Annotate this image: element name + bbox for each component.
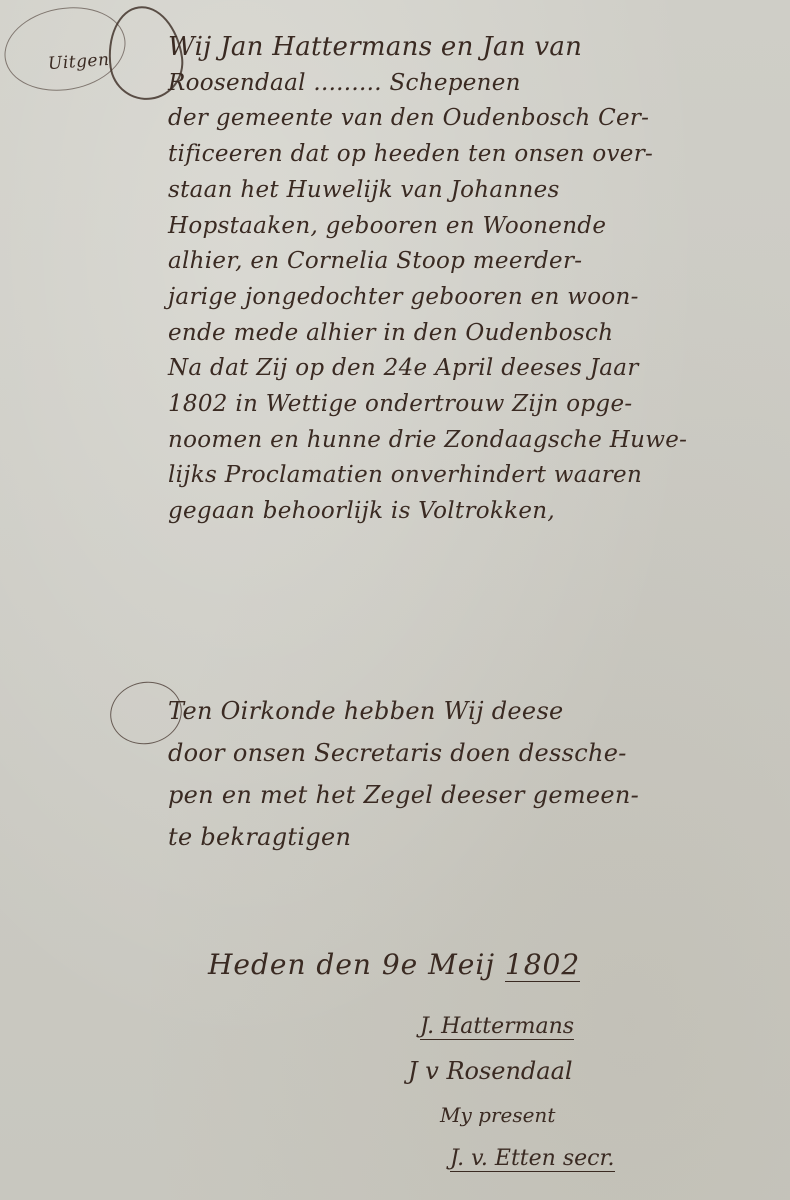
closing-clause: Ten Oirkonde hebben Wij deese door onsen… bbox=[168, 690, 768, 858]
date-line: Heden den 9e Meij 1802 bbox=[208, 948, 580, 981]
body-line: der gemeente van den Oudenbosch Cer- bbox=[168, 101, 768, 137]
date-year: 1802 bbox=[505, 948, 580, 982]
closing-line: pen en met het Zegel deeser gemeen- bbox=[168, 774, 768, 816]
body-line: Hopstaaken, gebooren en Woonende bbox=[168, 209, 768, 245]
body-line: gegaan behoorlijk is Voltrokken, bbox=[168, 494, 768, 530]
signature-2: J v Rosendaal bbox=[380, 1049, 740, 1093]
signature-1: J. Hattermans bbox=[380, 1005, 740, 1049]
signature-secretary: J. v. Etten secr. bbox=[380, 1137, 740, 1181]
body-line: noomen en hunne drie Zondaagsche Huwe- bbox=[168, 423, 768, 459]
body-line: alhier, en Cornelia Stoop meerder- bbox=[168, 244, 768, 280]
date-prefix: Heden den 9e Meij bbox=[208, 948, 495, 981]
body-line: jarige jongedochter gebooren en woon- bbox=[168, 280, 768, 316]
body-line: lijks Proclamatien onverhindert waaren bbox=[168, 458, 768, 494]
body-line: Na dat Zij op den 24e April deeses Jaar bbox=[168, 351, 768, 387]
body-line: 1802 in Wettige ondertrouw Zijn opge- bbox=[168, 387, 768, 423]
signature-witness-note: My present bbox=[380, 1093, 740, 1137]
closing-line: door onsen Secretaris doen dessche- bbox=[168, 732, 768, 774]
body-line: Roosendaal ......... Schepenen bbox=[168, 66, 768, 102]
body-line: Wij Jan Hattermans en Jan van bbox=[168, 30, 768, 66]
body-line: tificeeren dat op heeden ten onsen over- bbox=[168, 137, 768, 173]
margin-note: Uitgen bbox=[47, 50, 110, 74]
closing-line: te bekragtigen bbox=[168, 816, 768, 858]
body-line: staan het Huwelijk van Johannes bbox=[168, 173, 768, 209]
signature-block: J. Hattermans J v Rosendaal My present J… bbox=[380, 1005, 740, 1181]
record-body: Wij Jan Hattermans en Jan van Roosendaal… bbox=[168, 30, 768, 530]
document-page: Uitgen Wij Jan Hattermans en Jan van Roo… bbox=[0, 0, 790, 1200]
closing-line: Ten Oirkonde hebben Wij deese bbox=[168, 690, 768, 732]
body-line: ende mede alhier in den Oudenbosch bbox=[168, 316, 768, 352]
